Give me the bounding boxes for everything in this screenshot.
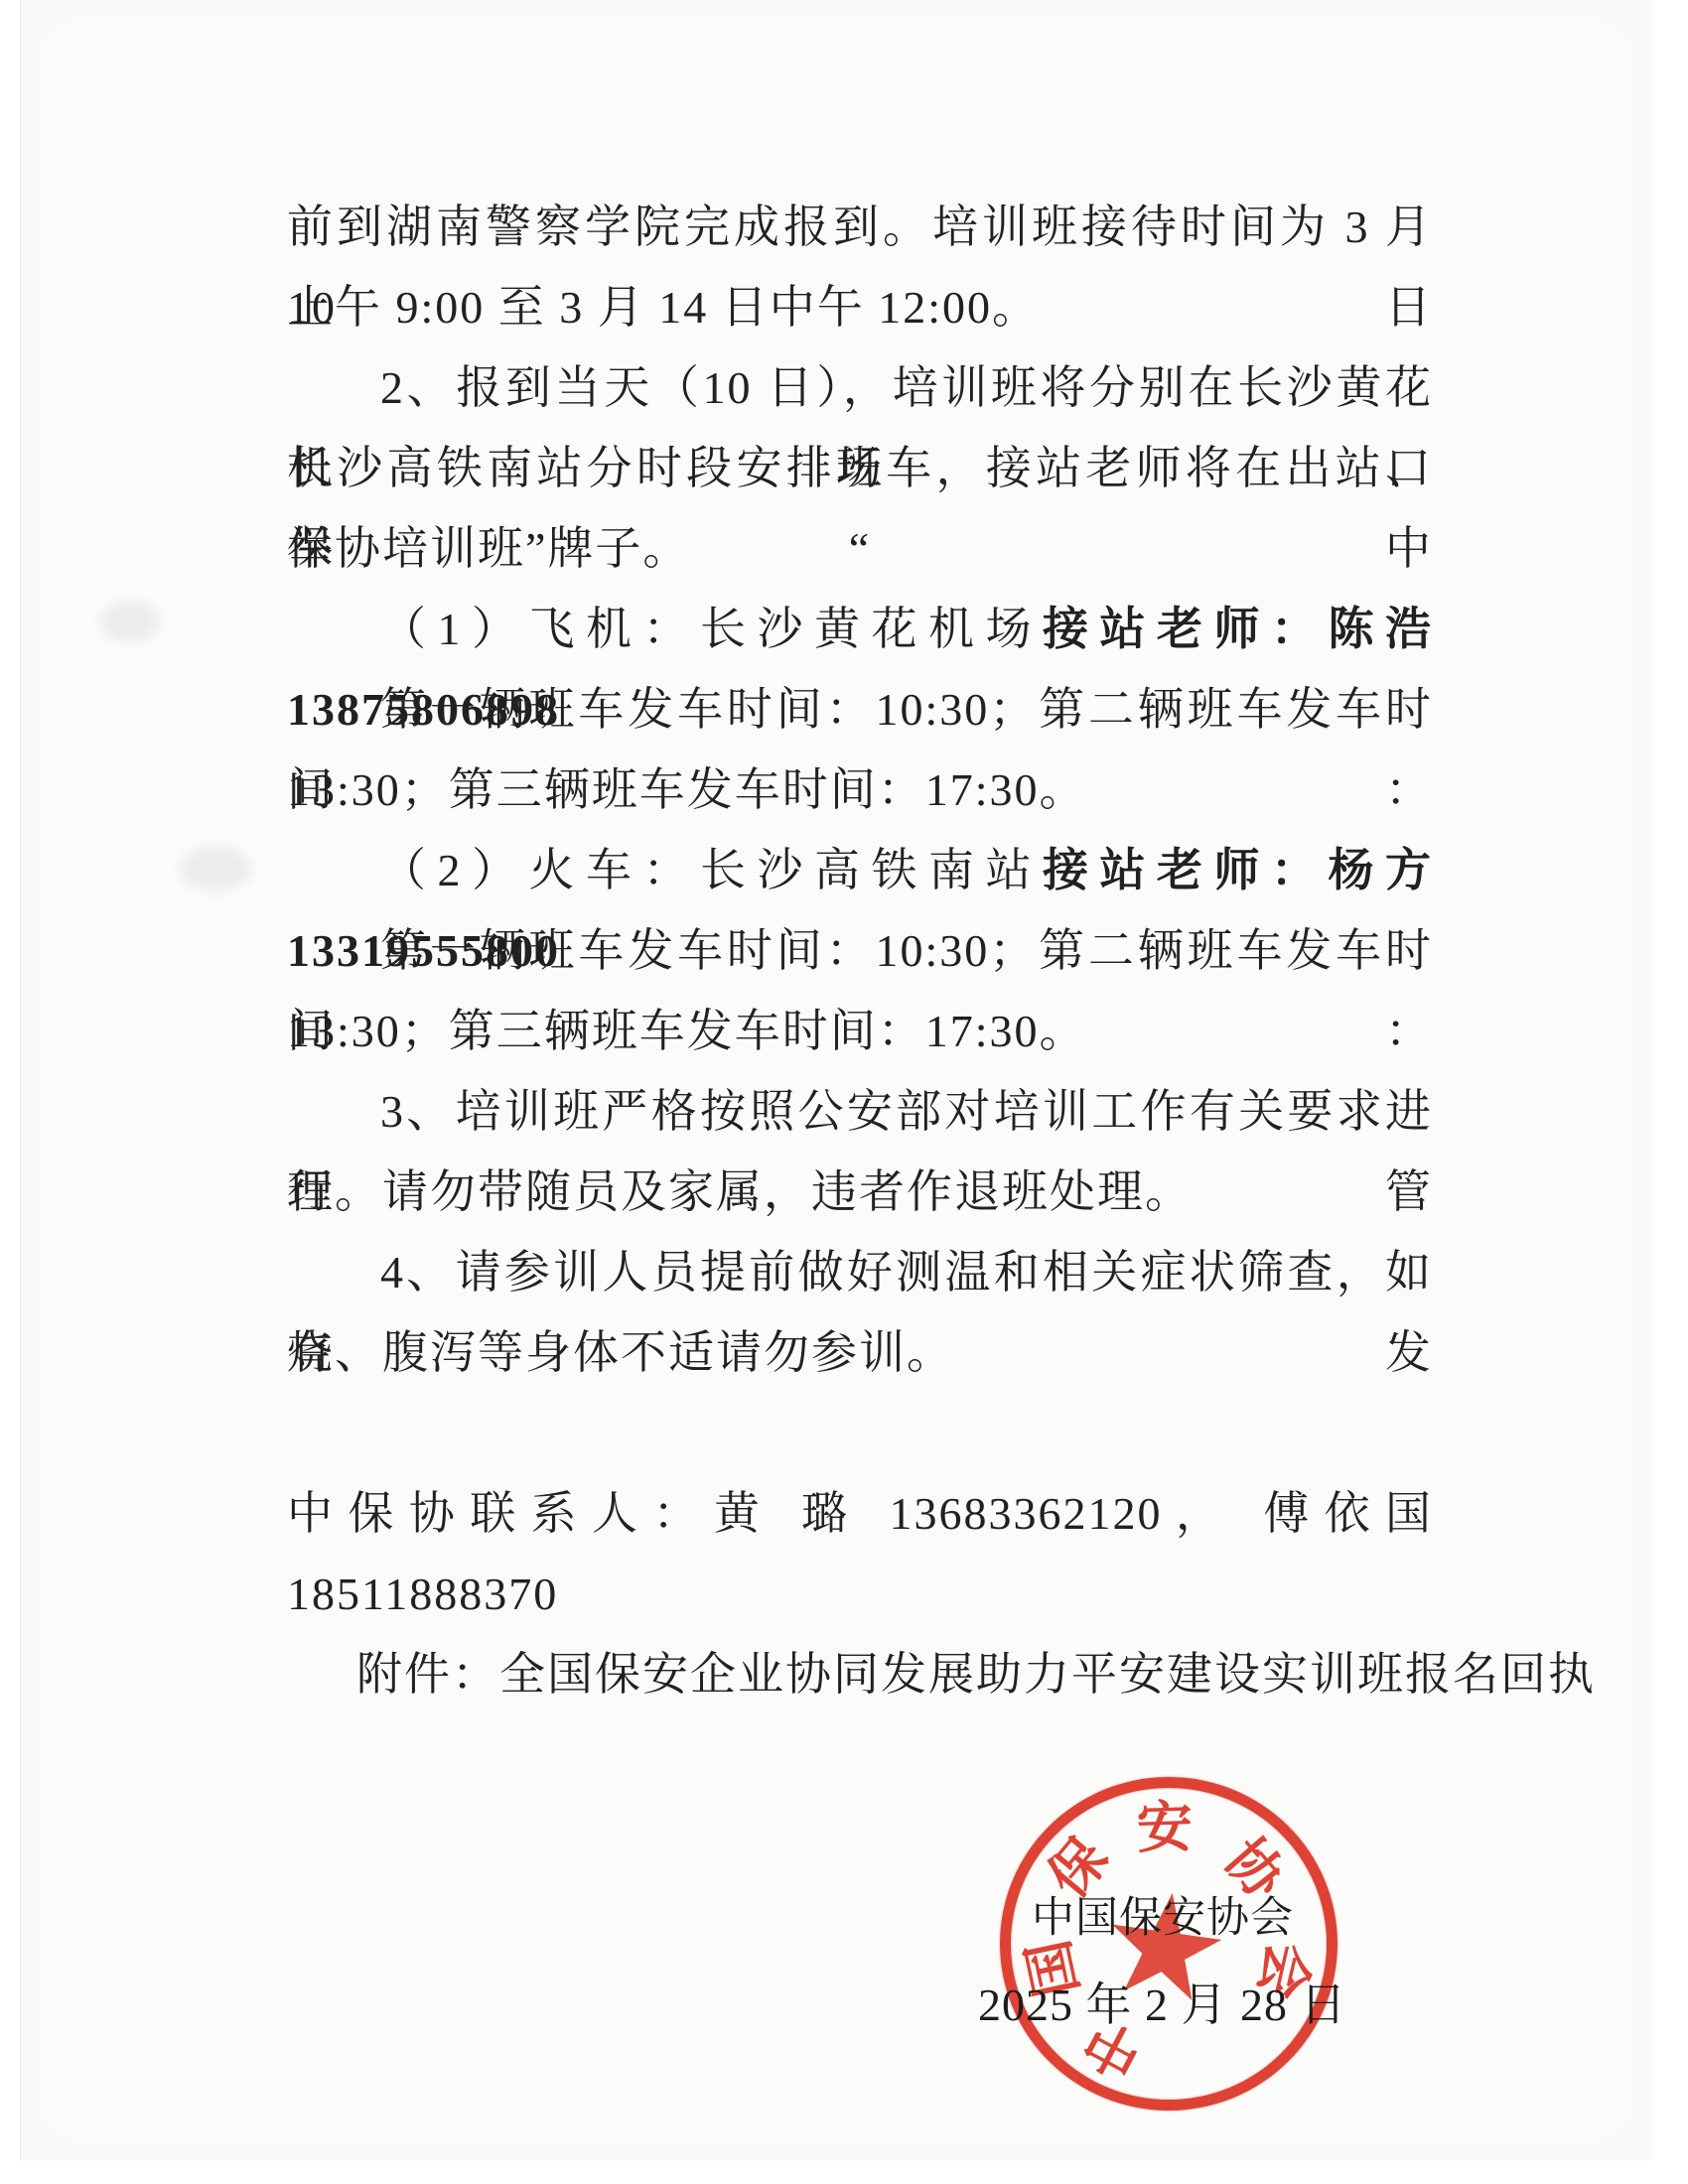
doc-line-9: （2）火车：长沙高铁南站接站老师：杨方 13319555800 xyxy=(287,830,1433,910)
doc-line-7: 第一辆班车发车时间：10:30；第二辆班车发车时间： xyxy=(287,669,1433,750)
document-body: 前到湖南警察学院完成报到。培训班接待时间为 3 月 10 日 上午 9:00 至… xyxy=(287,187,1433,1714)
doc-line-4: 长沙高铁南站分时段安排班车，接站老师将在出站口举“中 xyxy=(287,428,1433,508)
doc-line-12: 3、培训班严格按照公安部对培训工作有关要求进行管 xyxy=(287,1071,1433,1152)
doc-line-1: 前到湖南警察学院完成报到。培训班接待时间为 3 月 10 日 xyxy=(287,187,1433,267)
pickup-train-label: （2）火车：长沙高铁南站 xyxy=(380,845,1043,895)
issue-date: 2025 年 2 月 28 日 xyxy=(978,1969,1347,2034)
attachment-line: 附件：全国保安企业协同发展助力平安建设实训班报名回执 xyxy=(287,1634,1433,1714)
seal-ring-char: 安 xyxy=(1136,1800,1194,1857)
scan-smudge xyxy=(180,846,251,891)
contact-persons-line: 中保协联系人：黄 璐 13683362120， 傅依国 18511888370 xyxy=(287,1473,1433,1554)
document-page: 前到湖南警察学院完成报到。培训班接待时间为 3 月 10 日 上午 9:00 至… xyxy=(20,0,1651,2160)
doc-line-14: 4、请参训人员提前做好测温和相关症状筛查，如有发 xyxy=(287,1232,1433,1312)
issuer-name: 中国保安协会 xyxy=(1032,1884,1294,1945)
scan-smudge xyxy=(100,601,160,642)
doc-line-6: （1）飞机：长沙黄花机场接站老师：陈浩 13875806898 xyxy=(287,589,1433,669)
doc-line-10: 第一辆班车发车时间：10:30；第二辆班车发车时间： xyxy=(287,910,1433,991)
doc-line-3: 2、报到当天（10 日），培训班将分别在长沙黄花机场、 xyxy=(287,347,1433,428)
pickup-flight-label: （1）飞机：长沙黄花机场 xyxy=(380,604,1043,654)
